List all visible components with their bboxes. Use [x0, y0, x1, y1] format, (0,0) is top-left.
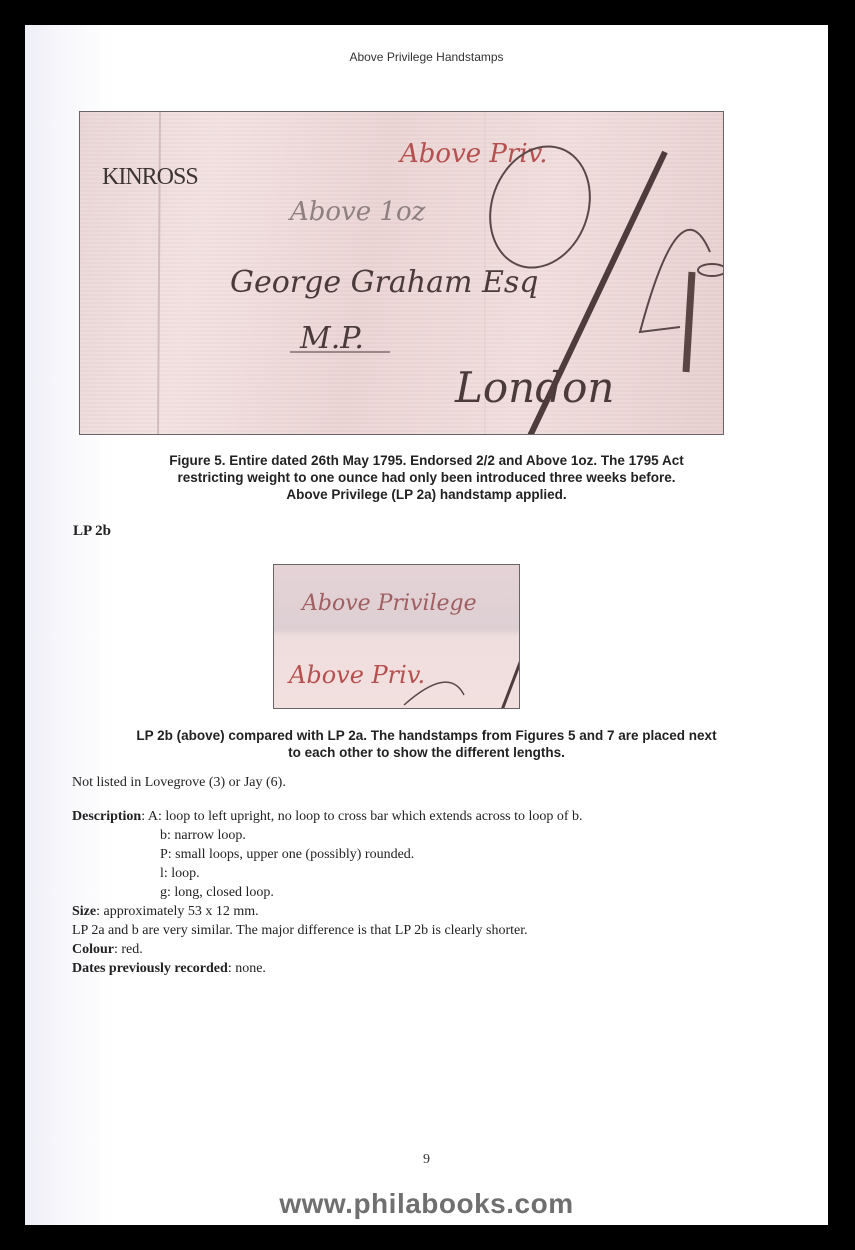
description-block: Description: A: loop to left upright, no… — [72, 807, 583, 978]
description-line: P: small loops, upper one (possibly) rou… — [72, 845, 583, 864]
section-heading: LP 2b — [73, 523, 111, 540]
description-line: l: loop. — [72, 864, 583, 883]
footer-url: www.philabooks.com — [25, 1188, 828, 1220]
address-line3: London — [454, 363, 614, 412]
handstamp-comparison-illustration: Above Privilege Above Priv. — [274, 565, 520, 709]
comparison-image: Above Privilege Above Priv. — [273, 564, 520, 709]
description-line: b: narrow loop. — [72, 826, 583, 845]
description-line: g: long, closed loop. — [72, 883, 583, 902]
address-line1: George Graham Esq — [230, 265, 539, 300]
document-page: Above Privilege Handstamps KINROSS Above… — [25, 25, 828, 1225]
colour-line: Colour: red. — [72, 940, 583, 959]
caption-line: restricting weight to one ounce had only… — [25, 469, 828, 486]
figure-5-image: KINROSS Above Priv. Above 1oz George Gra… — [79, 111, 724, 435]
caption-line: Above Privilege (LP 2a) handstamp applie… — [25, 486, 828, 503]
caption-line: to each other to show the different leng… — [25, 744, 828, 761]
running-head: Above Privilege Handstamps — [25, 50, 828, 64]
description-label: Description — [72, 809, 141, 824]
size-line: Size: approximately 53 x 12 mm. — [72, 902, 583, 921]
caption-line: Figure 5. Entire dated 26th May 1795. En… — [25, 452, 828, 469]
page-number: 9 — [25, 1152, 828, 1168]
dates-line: Dates previously recorded: none. — [72, 959, 583, 978]
similarity-note: LP 2a and b are very similar. The major … — [72, 921, 583, 940]
figure-5-caption: Figure 5. Entire dated 26th May 1795. En… — [25, 452, 828, 503]
comparison-caption: LP 2b (above) compared with LP 2a. The h… — [25, 727, 828, 761]
not-listed-note: Not listed in Lovegrove (3) or Jay (6). — [72, 773, 286, 792]
endorsement: Above 1oz — [288, 197, 426, 227]
description-line: Description: A: loop to left upright, no… — [72, 807, 583, 826]
entire-letter-illustration: KINROSS Above Priv. Above 1oz George Gra… — [80, 112, 724, 435]
caption-line: LP 2b (above) compared with LP 2a. The h… — [25, 727, 828, 744]
kinross-stamp: KINROSS — [102, 164, 198, 190]
lp2a-handstamp: Above Priv. — [287, 661, 425, 689]
address-line2: M.P. — [299, 321, 364, 356]
lp2b-handstamp: Above Privilege — [300, 591, 477, 616]
